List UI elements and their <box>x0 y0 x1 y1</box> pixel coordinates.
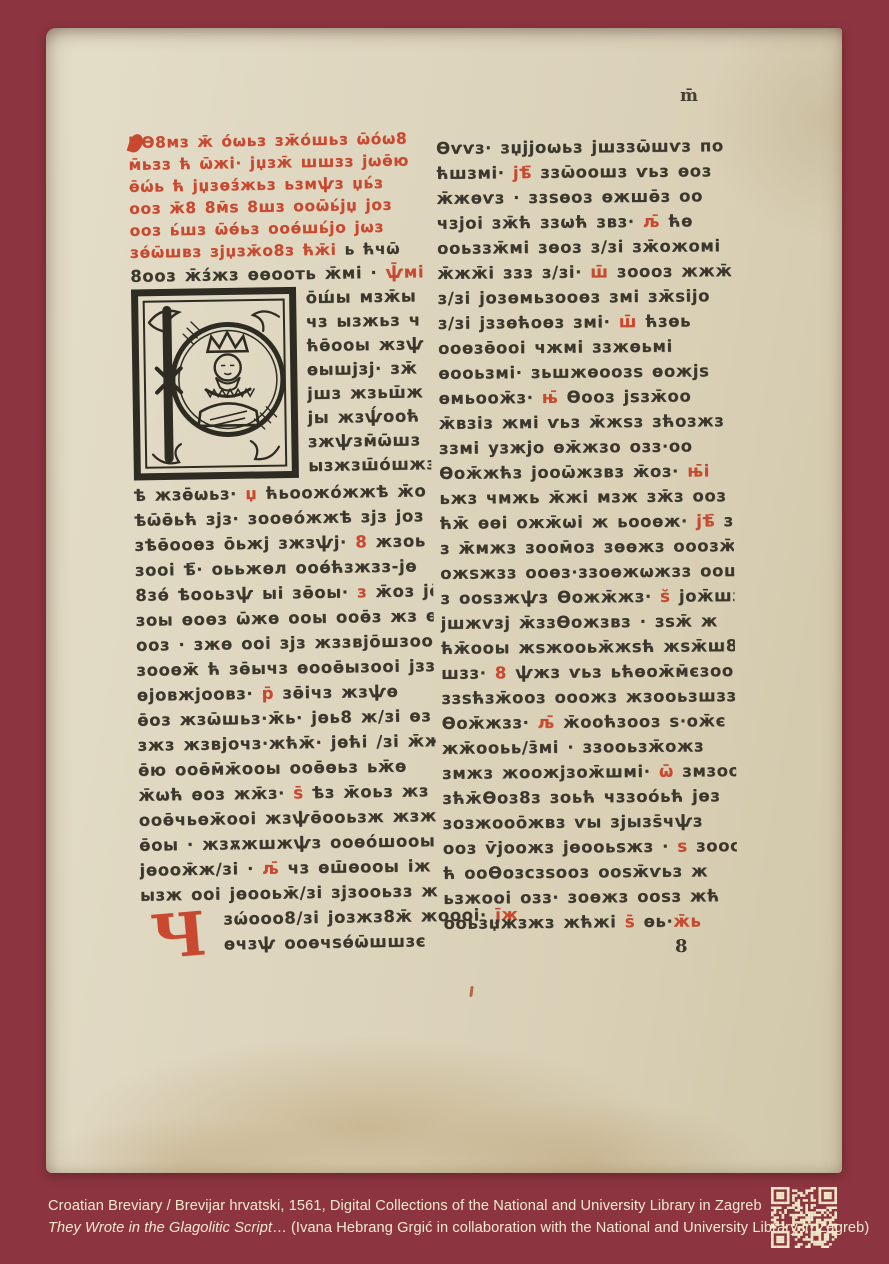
text-line: з/зі јозѳмьзооѳз змі зж̄ѕіјо <box>437 283 731 311</box>
text-line: Ѳож̄жзз· љ̄ ж̄ооћзооз ѕ·ож̄є <box>442 708 736 736</box>
text-line: ѳышјзј· зж̄ <box>307 356 430 382</box>
tail-row: Ч зѡ́ооо8/зі јозжз8ж̄ жоооі· ј̄жѳчзѱ ооѳ… <box>140 903 439 966</box>
left-column: ЧѲ8мз ж̄ о́ѡьз зж̄о́шьз ѡ̄о́ѡ8м̄ьзз ћ ѡ̄… <box>128 127 439 966</box>
text-line: ооьзџжзжз жћжі ѕ̄ ѳь·ж̄ь <box>443 908 737 936</box>
text-line: ћшзмі· јѣ̄ ззѡ̄оошз ѵьз ѳоз <box>436 158 730 186</box>
qr-code-icon <box>771 1187 837 1248</box>
text-line: ззмі узжјо ѳж̄жзо озз·оо <box>439 433 733 461</box>
text-line: јшжѵзј ж̄ззѲожзвз · зѕж̄ ж <box>441 608 735 636</box>
rubric-block: ЧѲ8мз ж̄ о́ѡьз зж̄о́шьз ѡ̄о́ѡ8м̄ьзз ћ ѡ̄… <box>128 127 428 264</box>
text-beside-initial: о̄ш́ы мзж̄ычз ызжьз чћѳ̄ооы жзѱѳышјзј· з… <box>305 284 431 478</box>
text-line: з/зі јззѳћоѳз змі· ш̄ ћзѳь <box>438 308 732 336</box>
text-line: ћж̄ ѳѳі ожж̄ѡі ж ьооѳж· јѣ̄ зѳ <box>440 508 734 536</box>
text-line: з ооѕзжѱз Ѳожж̄жз· ѕ̆ јож̄шзз <box>440 583 734 611</box>
text-line: ж̄жѳѵз · ззѕѳоз ѳжшѳ̄з оо <box>436 183 730 211</box>
text-line: чзјоі зж̄ћ ззѡћ звз· љ̄ ћѳ <box>437 208 731 236</box>
text-line: ооз ѵ̄јоожз јѳооьѕжз · ѕ зоось <box>443 833 737 861</box>
signature-mark: 8 <box>675 936 688 957</box>
text-line: ооѳзѳ̄ооі чжмі ззжѳьмі <box>438 333 732 361</box>
caption-line-1: Croatian Breviary / Brevijar hrvatski, 1… <box>48 1198 762 1214</box>
text-line: жж̄ооьь/з̄мі · ззооьзж̄ожз <box>442 733 736 761</box>
text-line: ѳмьоож̄з· њ̄ Ѳооз јѕзж̄оо <box>438 383 732 411</box>
text-line: ызжзш̄о́шжз <box>308 452 431 478</box>
ink-speck <box>469 986 474 997</box>
text-line: зћж̄Ѳоз8з зоьћ чззоо́ьћ јѳз <box>442 783 736 811</box>
text-line: ж̄жж̄і ззз з/зі· ш̄ зоооз жжж̄ѳ <box>437 258 731 286</box>
text-line: з ж̄мжз зоом̄оз зѳѳжз ооозж̄ <box>440 533 734 561</box>
text-line: јы жзѱ́ооћ <box>307 404 430 430</box>
caption-title-italic: They Wrote in the Glagolitic Script <box>48 1220 272 1236</box>
slide-background: m̄ ЧѲ8мз ж̄ о́ѡьз зж̄о́шьз ѡ̄о́ѡ8м̄ьзз ћ… <box>0 0 889 1264</box>
text-line: ззѕћзж̄ооз ооожз жзооьзшзз <box>441 683 735 711</box>
text-line: змжз жоожјзож̄шмі· ѡ̄ змзооз <box>442 758 736 786</box>
text-line: ооьззж̄мі зѳоз з/зі зж̄ожомі <box>437 233 731 261</box>
text-line: Ѳѵѵз· зџјјоѡьз јшззѡ̄шѵз по <box>436 133 730 161</box>
right-column: Ѳѵѵз· зџјјоѡьз јшззѡ̄шѵз поћшзмі· јѣ̄ зз… <box>436 133 738 936</box>
text-line: ожѕжзз ооѳз·ззоѳжѡжзз оош <box>440 558 734 586</box>
text-line: зжѱзм̄ѡ̄шз <box>308 428 431 454</box>
left-body-text: ѣ жзѳ̄ѡьз· џ ћьоожо́жжѣ ж̄о жзѣѡ̄ѳ̄ьћ зј… <box>134 478 439 908</box>
text-line: ьжз чмжь ж̄жі мзж зж̄з ооз <box>439 483 733 511</box>
caption-line-2: They Wrote in the Glagolitic Script… (Iv… <box>48 1220 869 1236</box>
text-line: јшз жзьш̄ж <box>307 380 430 406</box>
text-line: зозжооо̄жвз ѵы зјызѕ̄чѱз <box>442 808 736 836</box>
drop-cap-row: о̄ш́ы мзж̄ычз ызжьз чћѳ̄ооы жзѱѳышјзј· з… <box>130 284 431 483</box>
text-line: чз ызжьз ч <box>306 308 429 334</box>
woodcut-initial-B-icon <box>130 286 299 481</box>
text-line: ћѳ̄ооы жзѱ <box>306 332 429 358</box>
text-line: ѳооьзмі· зьшжѳоозѕ ѳожјѕ <box>438 358 732 386</box>
text-line: ж̄взіз жмі ѵьз ж̄жѕз зћозжз <box>439 408 733 436</box>
folio-mark: m̄ <box>680 86 699 106</box>
text-line: зѳ́ѡ̄швз зјџзж̄о8з ћж̄і ь ћчѡ̄ <box>130 237 428 264</box>
text-line: о̄ш́ы мзж̄ы <box>305 284 428 310</box>
text-line: ьзжооі озз· зоѳжз ооѕз жћ <box>443 883 737 911</box>
text-line: Ѳож̄жћз јооѡ̄жзвз ж̄оз· њ̄і <box>439 458 733 486</box>
red-drop-initial: Ч <box>138 904 219 968</box>
text-line: ћж̄ооы жѕжооьж̄жѕћ жѕж̄ш8 <box>441 633 735 661</box>
manuscript-page: m̄ ЧѲ8мз ж̄ о́ѡьз зж̄о́шьз ѡ̄о́ѡ8м̄ьзз ћ… <box>46 28 842 1173</box>
text-line: ћ ооѲозсзѕооз ооѕж̄ѵьз ж <box>443 858 737 886</box>
text-line: шзз· 8 ѱжз ѵьз ьћѳож̄м̄єзоо <box>441 658 735 686</box>
